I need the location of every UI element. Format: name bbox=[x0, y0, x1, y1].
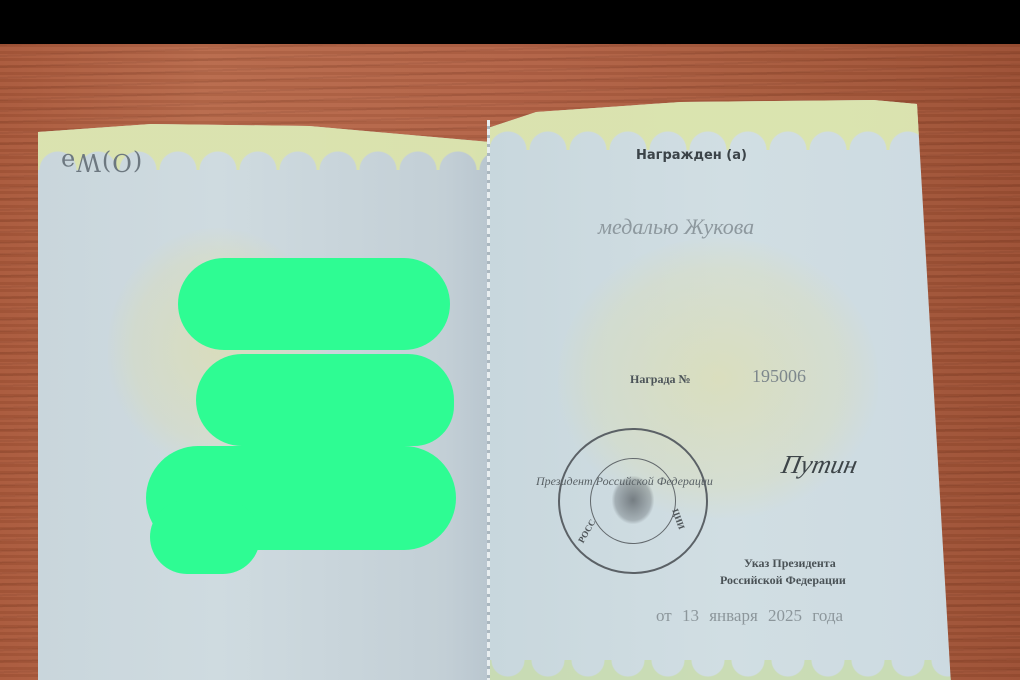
stamp-ring-text-right: ЦИИ bbox=[670, 507, 687, 530]
award-number-label: Награда № bbox=[630, 372, 691, 387]
redaction-line-1 bbox=[178, 258, 450, 350]
black-top-bar bbox=[0, 0, 1020, 44]
left-page-corner-mark: (O)Wə bbox=[60, 148, 142, 176]
booklet-spine-stitching bbox=[487, 120, 490, 680]
right-page-bottom-border bbox=[488, 660, 970, 680]
official-stamp: РОСС ЦИИ bbox=[558, 428, 708, 574]
award-name: медалью Жукова bbox=[598, 214, 754, 240]
awarded-heading: Награжден (а) bbox=[636, 148, 747, 163]
signatory-title: Президент Российской Федерации bbox=[536, 474, 713, 489]
award-number: 195006 bbox=[752, 366, 806, 387]
right-page bbox=[488, 98, 970, 680]
decree-line-1: Указ Президента bbox=[744, 556, 836, 571]
decree-line-2: Российской Федерации bbox=[720, 573, 846, 588]
signature: Путин bbox=[779, 450, 860, 480]
redaction-line-2 bbox=[196, 354, 454, 446]
decree-date: от 13 января 2025 года bbox=[656, 606, 843, 626]
stamp-ring-text-left: РОСС bbox=[576, 517, 597, 544]
redaction-line-3-tail bbox=[150, 500, 260, 574]
